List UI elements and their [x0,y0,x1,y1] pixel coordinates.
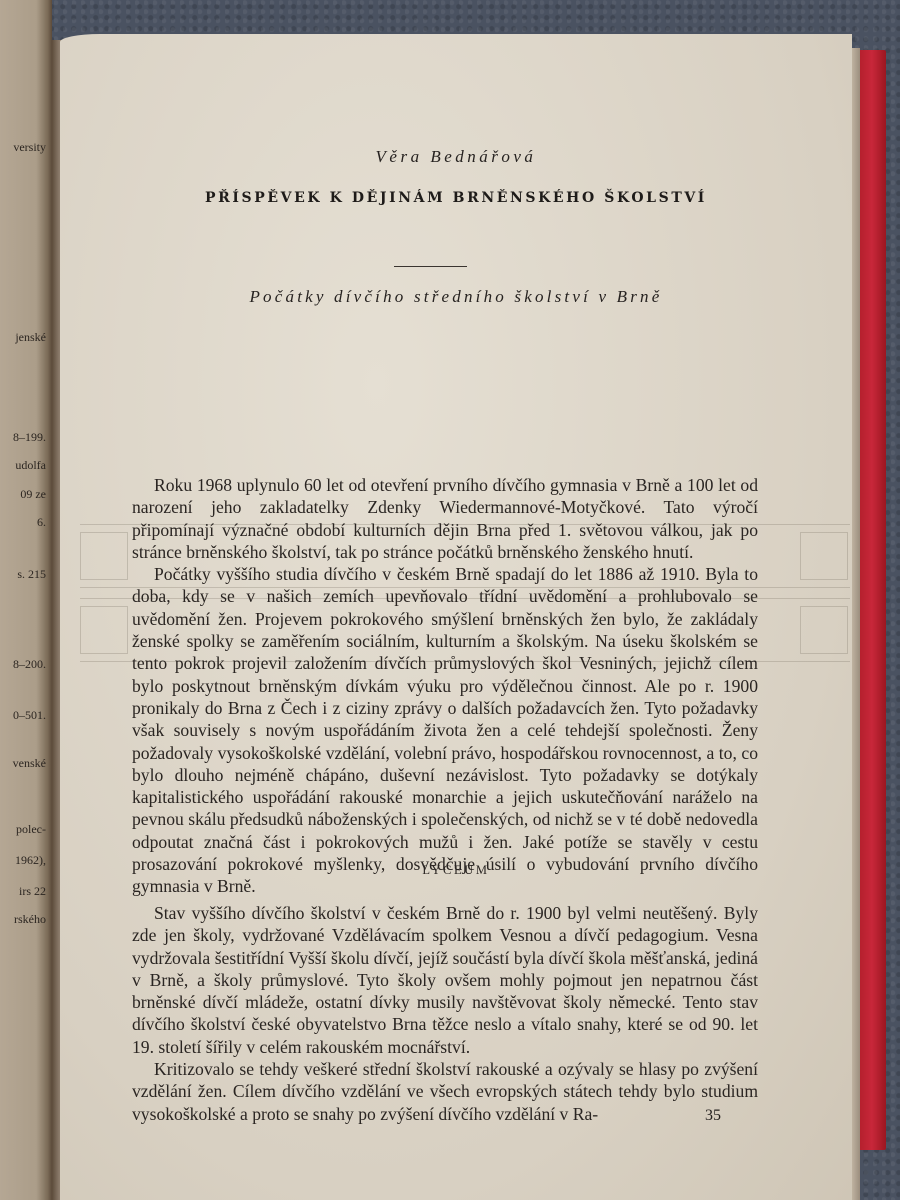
left-page-fragment: 8–199. [13,430,46,445]
title-divider [394,266,467,267]
left-page-fragment: polec- [16,822,46,837]
left-page-fragment: 6. [37,515,46,530]
left-page-fragment: 09 ze [20,487,46,502]
intro-text-block: Roku 1968 uplynulo 60 let od otevření pr… [132,474,758,898]
body-paragraph: Roku 1968 uplynulo 60 let od otevření pr… [132,474,758,563]
left-page-fragment: jenské [15,330,46,345]
left-page-fragment: s. 215 [17,567,46,582]
red-book-cover-edge [858,50,886,1150]
left-page-fragment: versity [13,140,46,155]
page-number: 35 [705,1107,721,1125]
book-page: Věra Bednářová PŘÍSPĚVEK K DĚJINÁM BRNĚN… [60,34,852,1200]
left-page-fragment: 8–200. [13,657,46,672]
article-subtitle: Počátky dívčího středního školství v Brn… [60,287,852,307]
left-page-fragment: udolfa [15,458,46,473]
watermark-letter [80,606,128,654]
watermark-letter [800,532,848,580]
left-page-fragment: rského [14,912,46,927]
left-page-fragment: 1962), [15,853,46,868]
watermark-letter [80,532,128,580]
body-paragraph: Kritizovalo se tehdy veškeré střední ško… [132,1058,758,1125]
article-author: Věra Bednářová [60,147,852,167]
section-heading: LYCEUM [60,863,852,878]
article-title: PŘÍSPĚVEK K DĚJINÁM BRNĚNSKÉHO ŠKOLSTVÍ [60,190,852,206]
left-page-fragment: irs 22 [19,884,46,899]
facing-left-page: versity jenské 8–199. udolfa 09 ze 6. s.… [0,0,52,1200]
left-page-fragment: venské [13,756,46,771]
left-page-fragment: 0–501. [13,708,46,723]
section-text-block: Stav vyššího dívčího školství v českém B… [132,902,758,1125]
body-paragraph: Stav vyššího dívčího školství v českém B… [132,902,758,1058]
body-paragraph: Počátky vyššího studia dívčího v českém … [132,563,758,897]
watermark-letter [800,606,848,654]
